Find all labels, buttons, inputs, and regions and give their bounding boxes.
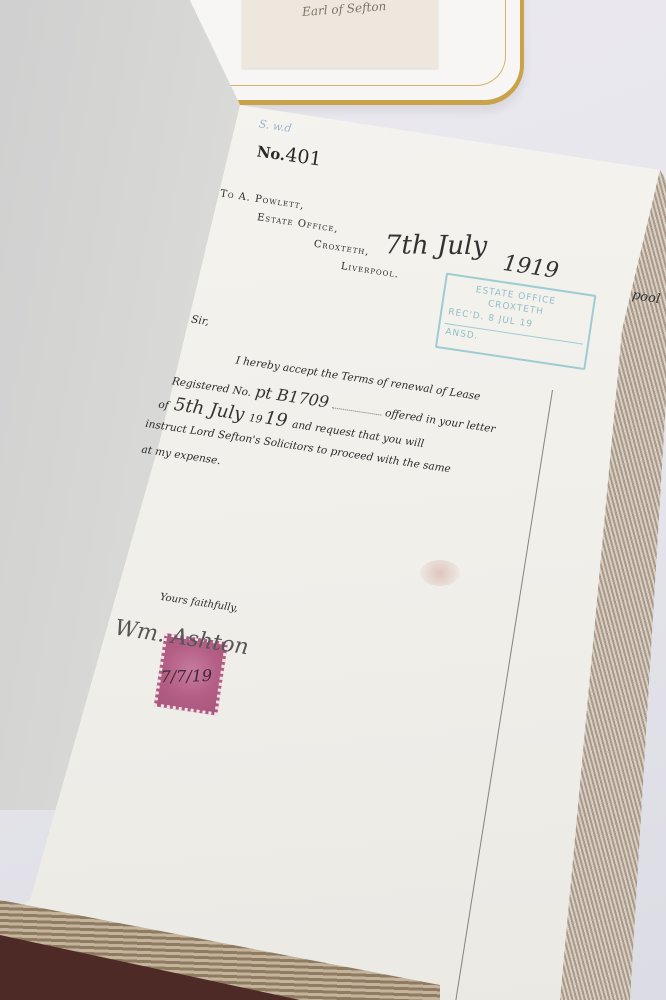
letter-year-handwritten: 19 — [263, 407, 289, 431]
handwritten-date: 7th July — [385, 230, 487, 261]
dotted-fill-line — [332, 407, 382, 415]
card-text: Earl of Sefton — [302, 0, 387, 19]
received-stamp: ESTATE OFFICE CROXTETH REC'D. 8 JUL 19 A… — [435, 273, 597, 371]
name-card: Earl of Sefton — [242, 0, 438, 68]
salutation: Sir, — [190, 313, 209, 327]
stamp-line-4: ANSD. — [445, 327, 480, 342]
stamp-cancel-date: 7/7/19 — [160, 666, 212, 686]
address-line-2: Estate Office, — [256, 212, 339, 235]
photo-scene: Earl of Sefton pool S. w.d No.401 To A. … — [0, 0, 666, 1000]
number-prefix: No. — [256, 142, 287, 164]
handwritten-year: 1919 — [501, 251, 560, 284]
year-prefix: 19 — [248, 412, 263, 426]
of-label: of — [158, 399, 170, 412]
number-value: 401 — [284, 144, 323, 171]
document-number: No.401 — [255, 139, 322, 170]
address-line-4: Liverpool. — [340, 261, 400, 281]
address-line-3: Croxteth, — [313, 239, 370, 258]
